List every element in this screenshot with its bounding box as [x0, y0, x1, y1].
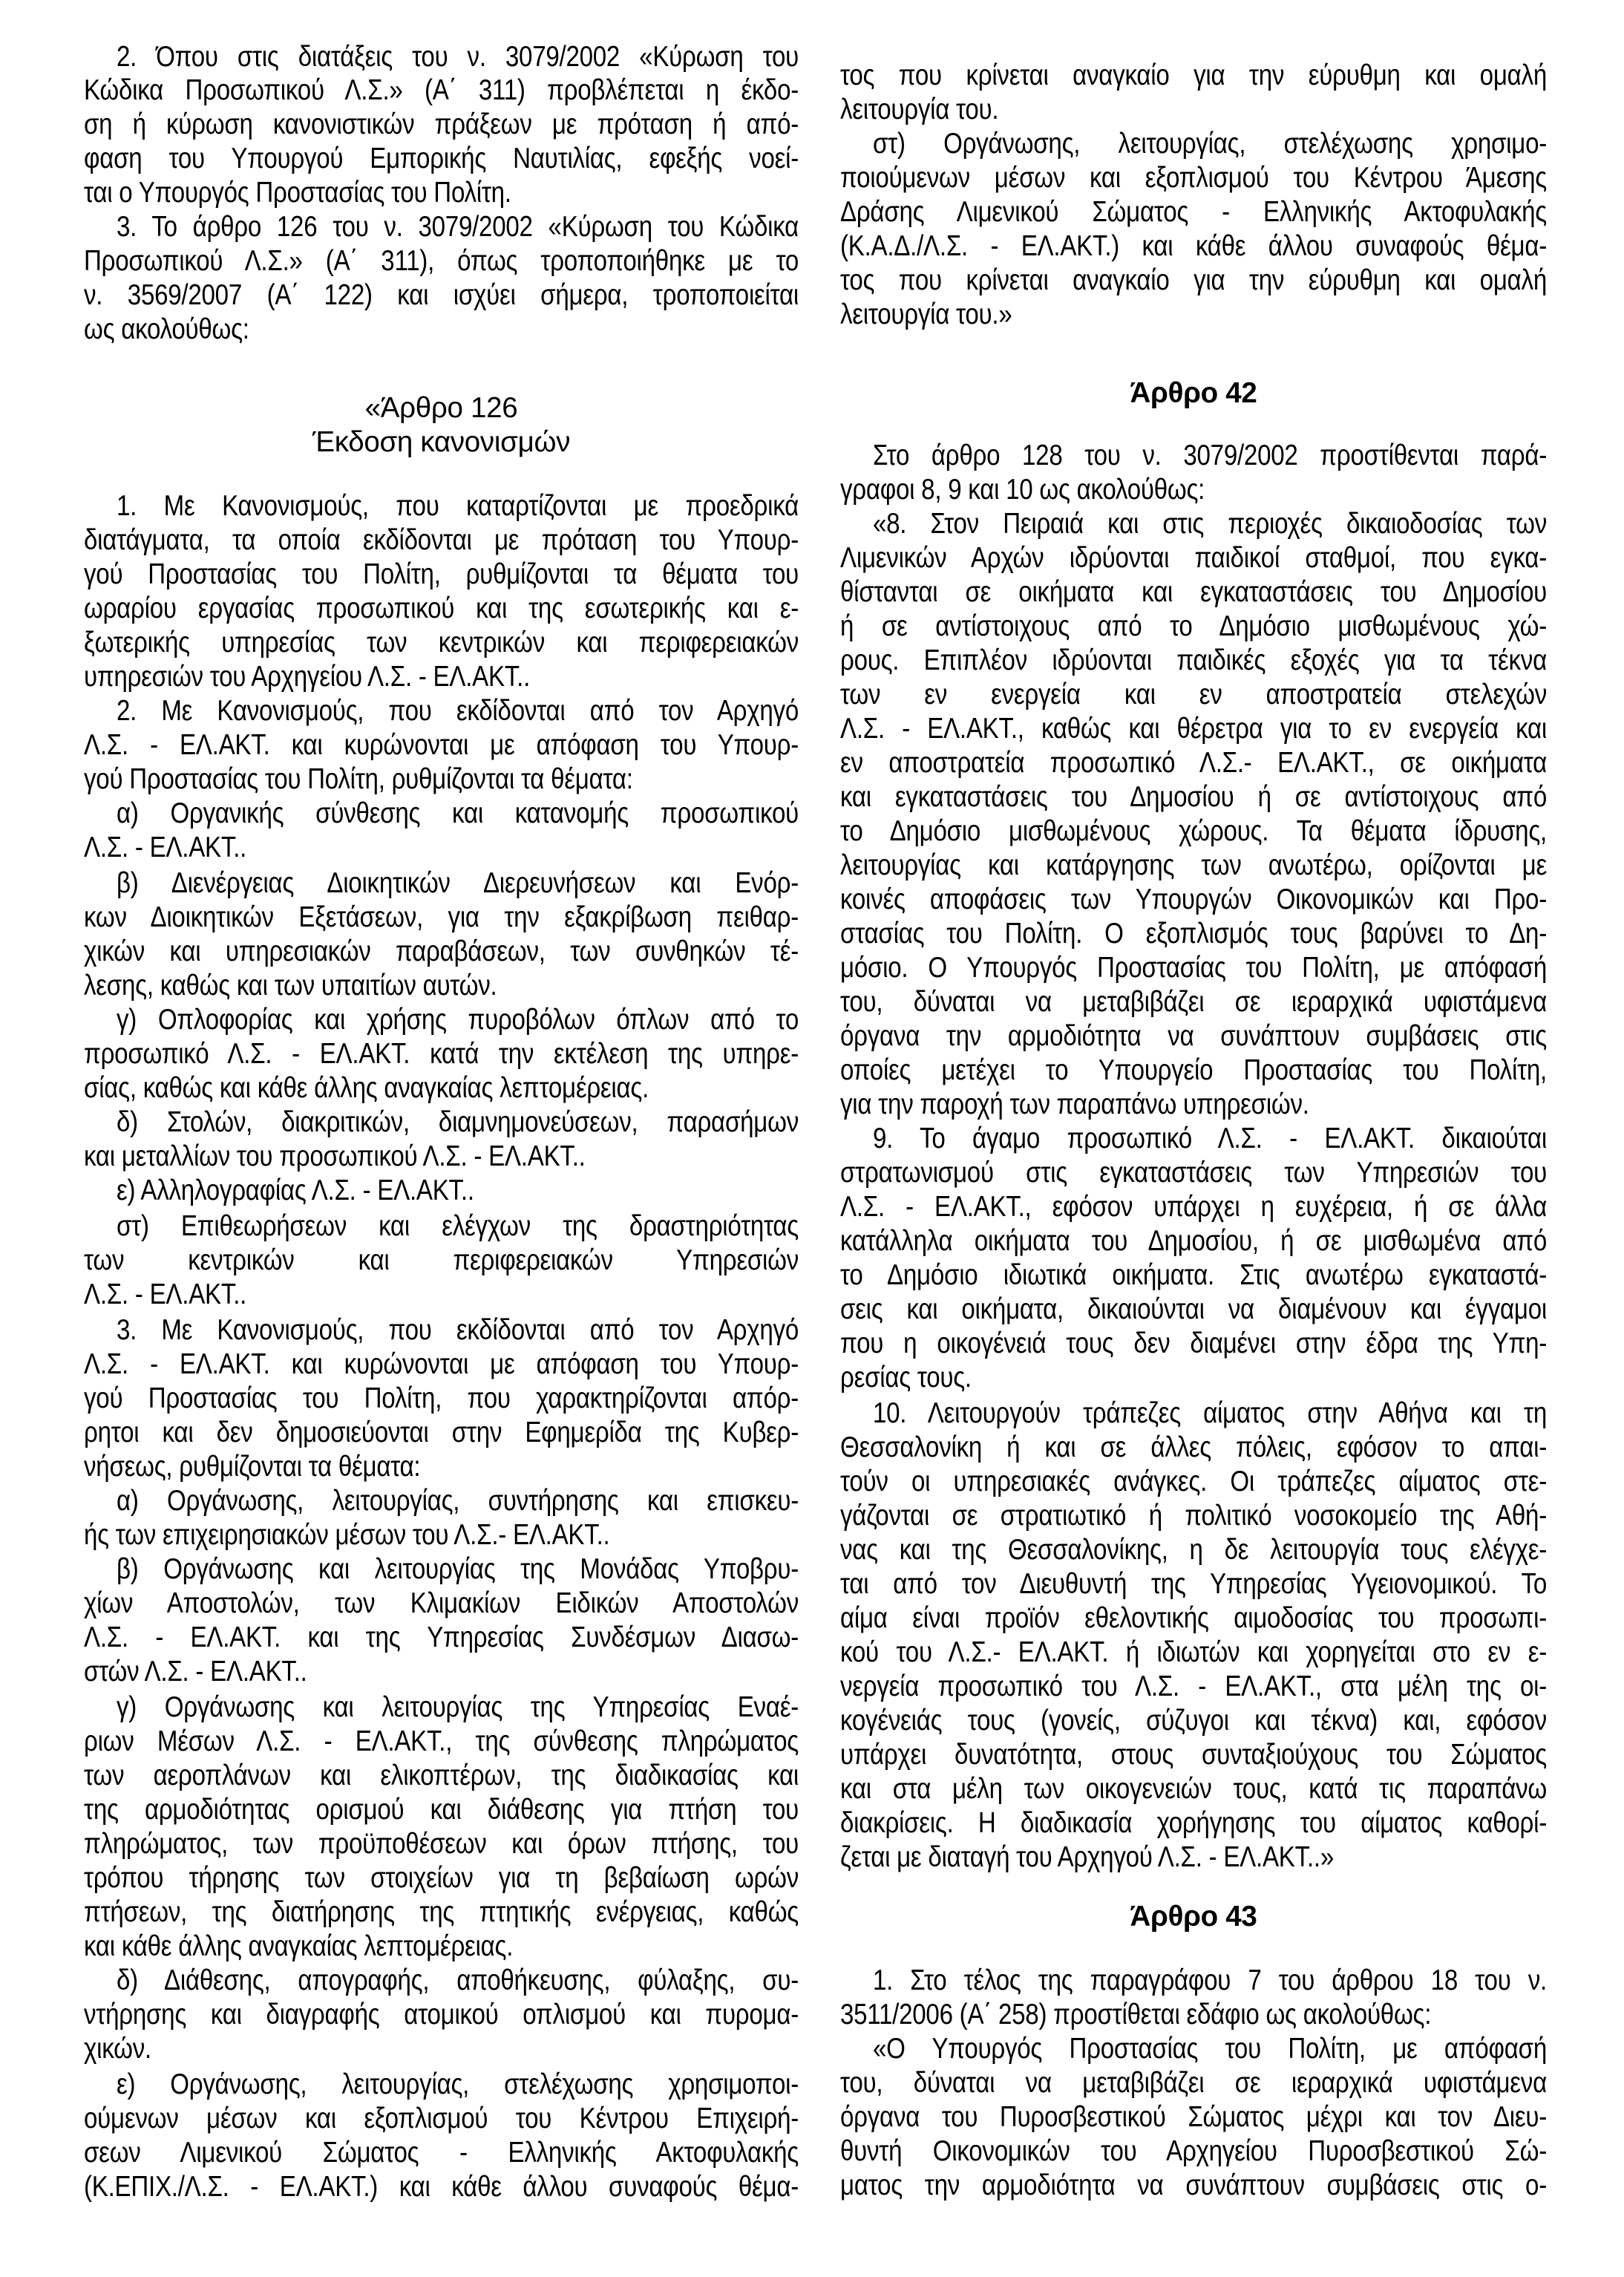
text-line: κων Διοικητικών Εξετάσεων, για την εξακρ…: [84, 901, 799, 934]
text-line: Προσωπικού Λ.Σ.» (Α΄ 311), όπως τροποποι…: [84, 245, 799, 278]
text-line: εν αποστρατεία προσωπικό Λ.Σ.- ΕΛ.ΑΚΤ., …: [840, 747, 1547, 780]
article-heading: Έκδοση κανονισμών: [84, 426, 799, 459]
text-line: ρητοι και δεν δημοσιεύονται στην Εφημερί…: [84, 1417, 799, 1449]
article-heading: «Άρθρο 126: [84, 392, 799, 425]
text-line: γραφοι 8, 9 και 10 ως ακολούθως:: [840, 474, 1547, 506]
text-line: (Κ.Α.Δ./Λ.Σ. - ΕΛ.ΑΚΤ.) και κάθε άλλου σ…: [840, 230, 1547, 263]
text-line: 1. Με Κανονισμούς, που καταρτίζονται με …: [117, 490, 799, 523]
text-line: των εν ενεργεία και εν αποστρατεία στελε…: [840, 679, 1547, 711]
text-line: ση ή κύρωση κανονιστικών πράξεων με πρότ…: [84, 108, 799, 141]
text-line: το Δημόσιο μισθωμένους χώρους. Τα θέματα…: [840, 815, 1547, 848]
text-line: νας και της Θεσσαλονίκης, η δε λειτουργί…: [840, 1534, 1547, 1567]
text-line: ντήρησης και διαγραφής ατομικού οπλισμού…: [84, 1999, 799, 2031]
text-line: γού Προστασίας του Πολίτη, ρυθμίζονται τ…: [84, 763, 799, 796]
text-line: οποίες μετέχει το Υπουργείο Προστασίας τ…: [840, 1054, 1547, 1087]
text-line: των κεντρικών και περιφερειακών Υπηρεσιώ…: [84, 1244, 799, 1277]
text-line: Λιμενικών Αρχών ιδρύονται παιδικοί σταθμ…: [840, 542, 1547, 575]
text-line: θυντή Οικονομικών του Αρχηγείου Πυροσβεσ…: [840, 2135, 1547, 2168]
text-line: χικών και υπηρεσιακών παραβάσεων, των συ…: [84, 935, 799, 968]
text-line: κογένειάς τους (γονείς, σύζυγοι και τέκν…: [840, 1705, 1547, 1737]
text-line: υπηρεσιών του Αρχηγείου Λ.Σ. - ΕΛ.ΑΚΤ..: [84, 661, 799, 693]
text-line: νεργεία προσωπικό του Λ.Σ. - ΕΛ.ΑΚΤ., στ…: [840, 1670, 1547, 1703]
text-line: ούμενων μέσων και εξοπλισμού του Κέντρου…: [84, 2103, 799, 2135]
text-line: ζεται με διαταγή του Αρχηγού Λ.Σ. - ΕΛ.Α…: [840, 1841, 1547, 1874]
text-line: στ) Επιθεωρήσεων και ελέγχων της δραστηρ…: [117, 1210, 799, 1243]
text-line: στών Λ.Σ. - ΕΛ.ΑΚΤ..: [84, 1656, 799, 1688]
text-line: δ) Στολών, διακριτικών, διαμνημονεύσεων,…: [117, 1106, 799, 1139]
text-line: «8. Στον Πειραιά και στις περιοχές δικαι…: [873, 508, 1547, 540]
text-line: β) Διενέργειας Διοικητικών Διερευνήσεων …: [117, 867, 799, 900]
text-line: τος που κρίνεται αναγκαίο για την εύρυθμ…: [840, 264, 1547, 297]
text-line: ν. 3569/2007 (Α΄ 122) και ισχύει σήμερα,…: [84, 279, 799, 312]
text-line: «Ο Υπουργός Προστασίας του Πολίτη, με απ…: [873, 2033, 1547, 2065]
text-line: λεσης, καθώς και των υπαιτίων αυτών.: [84, 970, 799, 1002]
text-line: 2. Με Κανονισμούς, που εκδίδονται από το…: [117, 695, 799, 728]
text-line: για την παροχή των παραπάνω υπηρεσιών.: [840, 1088, 1547, 1121]
text-line: 3. Το άρθρο 126 του ν. 3079/2002 «Κύρωση…: [117, 211, 799, 244]
text-line: αίμα είναι προϊόν εθελοντικής αιμοδοσίας…: [840, 1602, 1547, 1635]
text-line: φαση του Υπουργού Εμπορικής Ναυτιλίας, ε…: [84, 143, 799, 175]
text-line: 1. Στο τέλος της παραγράφου 7 του άρθρου…: [873, 1964, 1547, 1997]
text-line: και μεταλλίων του προσωπικού Λ.Σ. - ΕΛ.Α…: [84, 1140, 799, 1173]
text-line: α) Οργανικής σύνθεσης και κατανομής προσ…: [117, 797, 799, 830]
text-line: χίων Αποστολών, των Κλιμακίων Ειδικών Απ…: [84, 1587, 799, 1620]
text-line: ρους. Επιπλέον ιδρύονται παιδικές εξοχές…: [840, 644, 1547, 677]
text-line: 3. Με Κανονισμούς, που εκδίδονται από το…: [117, 1314, 799, 1347]
text-line: χικών.: [84, 2033, 799, 2065]
text-line: λειτουργία του.»: [840, 298, 1547, 331]
text-line: Στο άρθρο 128 του ν. 3079/2002 προστίθεν…: [873, 440, 1547, 472]
text-line: πληρώματος, των προϋποθέσεων και όρων πτ…: [84, 1828, 799, 1861]
text-line: 2. Όπου στις διατάξεις του ν. 3079/2002 …: [117, 41, 799, 73]
text-line: όργανα την αρμοδιότητα να συνάπτουν συμβ…: [840, 1020, 1547, 1053]
text-line: 10. Λειτουργούν τράπεζες αίματος στην Αθ…: [873, 1397, 1547, 1430]
text-line: σεων Λιμενικού Σώματος - Ελληνικής Ακτοφ…: [84, 2137, 799, 2169]
text-line: και εγκαταστάσεις του Δημοσίου ή σε αντί…: [840, 781, 1547, 814]
text-line: στασίας του Πολίτη. Ο εξοπλισμός τους βα…: [840, 918, 1547, 950]
text-line: κατάλληλα οικήματα του Δημοσίου, ή σε μι…: [840, 1225, 1547, 1258]
text-line: τος που κρίνεται αναγκαίο για την εύρυθμ…: [840, 59, 1547, 92]
text-line: Λ.Σ. - ΕΛ.ΑΚΤ., εφόσον υπάρχει η ευχέρει…: [840, 1191, 1547, 1224]
text-line: διακρίσεις. Η διαδικασία χορήγησης του α…: [840, 1807, 1547, 1840]
text-line: ως ακολούθως:: [84, 313, 799, 346]
text-line: στ) Οργάνωσης, λειτουργίας, στελέχωσης χ…: [873, 128, 1547, 160]
text-line: κού του Λ.Σ.- ΕΛ.ΑΚΤ. ή ιδιωτών και χορη…: [840, 1636, 1547, 1669]
text-line: κοινές αποφάσεις των Υπουργών Οικονομικώ…: [840, 883, 1547, 916]
text-line: δ) Διάθεσης, απογραφής, αποθήκευσης, φύλ…: [117, 1964, 799, 1997]
text-line: Λ.Σ. - ΕΛ.ΑΚΤ..: [84, 1278, 799, 1311]
text-line: 3511/2006 (Α΄ 258) προστίθεται εδάφιο ως…: [840, 1999, 1547, 2031]
text-line: α) Οργάνωσης, λειτουργίας, συντήρησης κα…: [117, 1485, 799, 1518]
text-line: ξωτερικής υπηρεσίας των κεντρικών και πε…: [84, 627, 799, 659]
text-line: στρατωνισμού στις εγκαταστάσεις των Υπηρ…: [840, 1157, 1547, 1189]
text-line: ής των επιχειρησιακών μέσων του Λ.Σ.- ΕΛ…: [84, 1519, 799, 1552]
text-line: σεις και οικήματα, δικαιούνται να διαμέν…: [840, 1293, 1547, 1326]
text-line: και στα μέλη των οικογενειών τους, κατά …: [840, 1773, 1547, 1806]
text-line: ματος την αρμοδιότητα να συνάπτουν συμβά…: [840, 2169, 1547, 2202]
text-line: υπάρχει δυνατότητα, στους συνταξιούχους …: [840, 1739, 1547, 1771]
text-line: Δράσης Λιμενικού Σώματος - Ελληνικής Ακτ…: [840, 196, 1547, 229]
text-line: ται ο Υπουργός Προστασίας του Πολίτη.: [84, 177, 799, 209]
text-line: διατάγματα, τα οποία εκδίδονται με πρότα…: [84, 524, 799, 557]
text-line: τούν οι υπηρεσιακές ανάγκες. Οι τράπεζες…: [840, 1466, 1547, 1498]
text-line: (Κ.ΕΠΙΧ./Λ.Σ. - ΕΛ.ΑΚΤ.) και κάθε άλλου …: [84, 2171, 799, 2204]
text-line: γού Προστασίας του Πολίτη, που χαρακτηρί…: [84, 1382, 799, 1415]
article-heading: Άρθρο 43: [840, 1901, 1547, 1933]
text-line: όργανα του Πυροσβεστικού Σώματος μέχρι κ…: [840, 2101, 1547, 2134]
text-line: του, δύναται να μεταβιβάζει σε ιεραρχικά…: [840, 986, 1547, 1019]
text-line: πτήσεων, της διατήρησης της πτητικής ενέ…: [84, 1896, 799, 1929]
text-line: β) Οργάνωσης και λειτουργίας της Μονάδας…: [117, 1553, 799, 1586]
text-line: της αρμοδιότητας ορισμού και διάθεσης γι…: [84, 1794, 799, 1826]
text-line: το Δημόσιο ιδιωτικά οικήματα. Στις ανωτέ…: [840, 1259, 1547, 1292]
text-line: γού Προστασίας του Πολίτη, ρυθμίζονται τ…: [84, 558, 799, 591]
text-line: ριων Μέσων Λ.Σ. - ΕΛ.ΑΚΤ., της σύνθεσης …: [84, 1725, 799, 1758]
text-line: του, δύναται να μεταβιβάζει σε ιεραρχικά…: [840, 2067, 1547, 2100]
text-line: και κάθε άλλης αναγκαίας λεπτομέρειας.: [84, 1930, 799, 1963]
text-line: 9. Το άγαμο προσωπικό Λ.Σ. - ΕΛ.ΑΚΤ. δικ…: [873, 1123, 1547, 1155]
text-line: ε) Αλληλογραφίας Λ.Σ. - ΕΛ.ΑΚΤ..: [117, 1175, 799, 1207]
text-line: Κώδικα Προσωπικού Λ.Σ.» (Α΄ 311) προβλέπ…: [84, 74, 799, 107]
text-line: γ) Οπλοφορίας και χρήσης πυροβόλων όπλων…: [117, 1004, 799, 1036]
text-line: θίστανται σε οικήματα και εγκαταστάσεις …: [840, 576, 1547, 609]
text-line: νήσεως, ρυθμίζονται τα θέματα:: [84, 1451, 799, 1483]
text-line: τρόπου τήρησης των στοιχείων για τη βεβα…: [84, 1862, 799, 1895]
text-line: γ) Οργάνωσης και λειτουργίας της Υπηρεσί…: [117, 1691, 799, 1724]
text-line: Λ.Σ. - ΕΛ.ΑΚΤ..: [84, 832, 799, 864]
text-line: των αεροπλάνων και ελικοπτέρων, της διαδ…: [84, 1760, 799, 1792]
text-line: ε) Οργάνωσης, λειτουργίας, στελέχωσης χρ…: [117, 2068, 799, 2101]
text-line: Λ.Σ. - ΕΛ.ΑΚΤ. και κυρώνονται με απόφαση…: [84, 1348, 799, 1381]
text-line: ή σε αντίστοιχους από το Δημόσιο μισθωμέ…: [840, 610, 1547, 643]
text-line: ται από τον Διευθυντή της Υπηρεσίας Υγει…: [840, 1568, 1547, 1601]
text-line: Λ.Σ. - ΕΛ.ΑΚΤ., καθώς και θέρετρα για το…: [840, 713, 1547, 745]
text-line: ρεσίας τους.: [840, 1362, 1547, 1394]
text-line: σίας, καθώς και κάθε άλλης αναγκαίας λεπ…: [84, 1072, 799, 1105]
article-heading: Άρθρο 42: [840, 377, 1547, 410]
text-line: που η οικογένειά τους δεν διαμένει στην …: [840, 1327, 1547, 1360]
text-line: λειτουργία του.: [840, 94, 1547, 126]
text-line: ωραρίου εργασίας προσωπικού και της εσωτ…: [84, 592, 799, 625]
text-line: ποιούμενων μέσων και εξοπλισμού του Κέντ…: [840, 162, 1547, 195]
text-line: γάζονται σε στρατιωτικό ή πολιτικό νοσοκ…: [840, 1500, 1547, 1532]
text-line: προσωπικό Λ.Σ. - ΕΛ.ΑΚΤ. κατά την εκτέλε…: [84, 1038, 799, 1071]
text-line: μόσιο. Ο Υπουργός Προστασίας του Πολίτη,…: [840, 952, 1547, 984]
text-line: Λ.Σ. - ΕΛ.ΑΚΤ. και της Υπηρεσίας Συνδέσμ…: [84, 1621, 799, 1654]
text-line: Λ.Σ. - ΕΛ.ΑΚΤ. και κυρώνονται με απόφαση…: [84, 729, 799, 762]
text-line: λειτουργίας και κατάργησης των ανωτέρω, …: [840, 849, 1547, 882]
text-line: Θεσσαλονίκη ή και σε άλλες πόλεις, εφόσο…: [840, 1431, 1547, 1464]
